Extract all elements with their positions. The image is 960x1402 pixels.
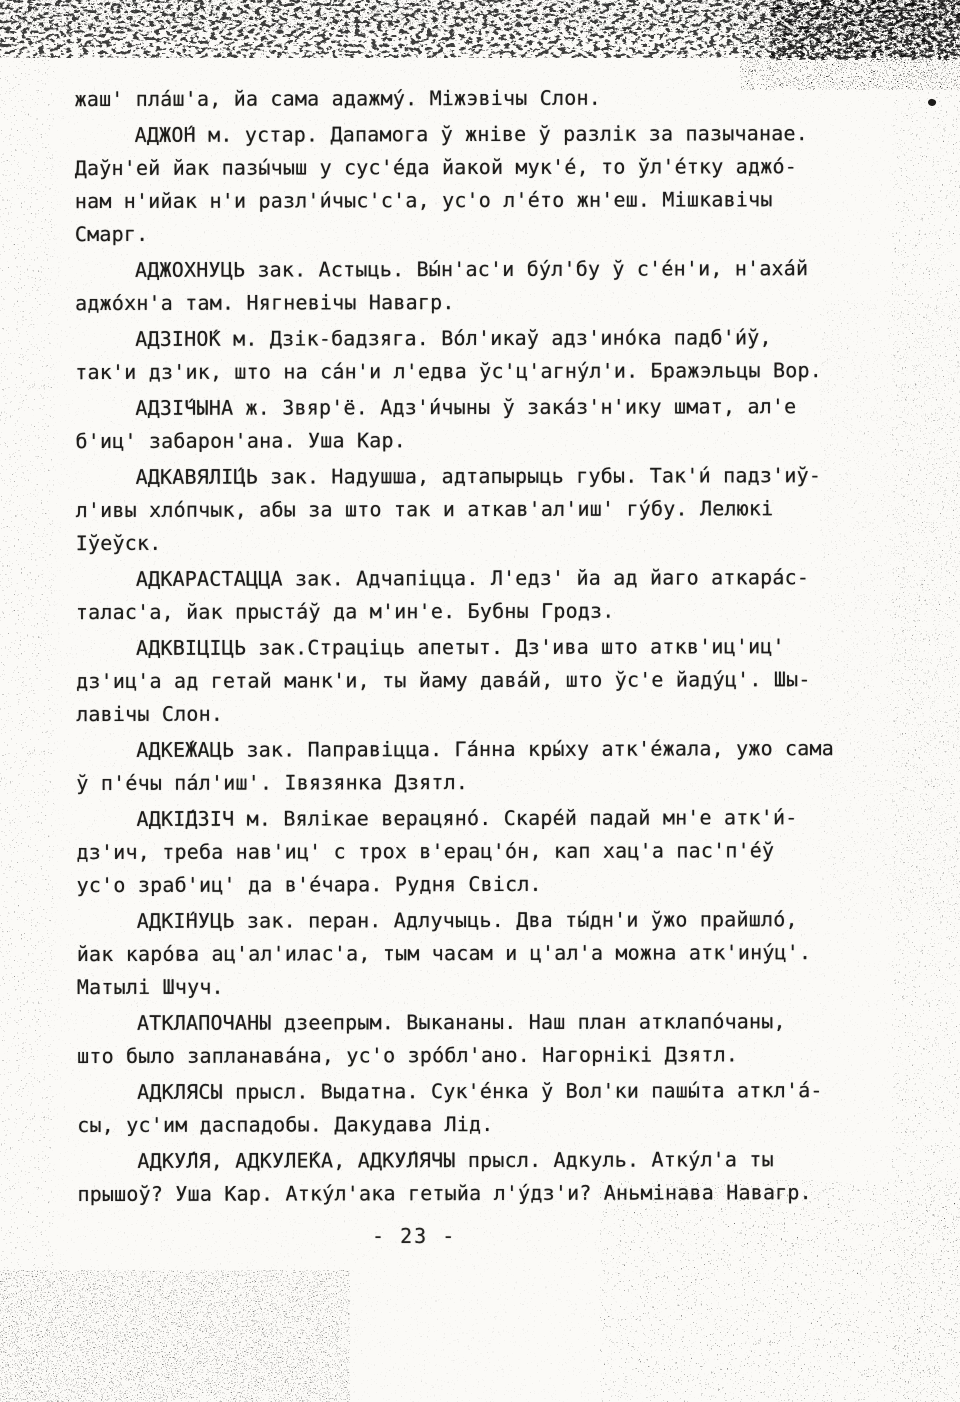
dictionary-entry-adzinok: АДЗІНО́К м. Дзік-бадзяга. Во́л'икаў адз'…	[75, 321, 887, 389]
page-number: - 23 -	[372, 1224, 456, 1248]
dictionary-entry-adkliasy: АДКЛЯСЫ прысл. Выдатна. Сук'е́нка ў Вол'…	[77, 1074, 889, 1142]
dictionary-entry-adzhokhnuts: АДЖОХНУЦЬ зак. Астыць. Вы́н'ас'и бу́л'бу…	[75, 252, 887, 320]
dictionary-entry-adkezhats: АДКЕ́ЖАЦЬ зак. Паправіцца. Га́нна кры́ху…	[76, 732, 888, 800]
dictionary-entry-adkinuts: АДКІ́НУЦЬ зак. перан. Адлучыць. Два ты́д…	[77, 903, 889, 1004]
dictionary-entry-adkavialits: АДКАВЯЛІ́ЦЬ зак. Надушша, адтапырыць губ…	[76, 459, 888, 560]
scanned-page: жаш' пла́ш'а, йа сама адажму́. Міжэвічы …	[0, 0, 960, 1402]
ink-blot	[927, 98, 937, 107]
dictionary-entry-atklapochany: АТКЛАПОЧАНЫ дзеепрым. Выкананы. Наш план…	[77, 1005, 889, 1073]
dictionary-entry-adkvitsits: АДКВІЦІЦЬ зак.Страціць апетыт. Дз'ива шт…	[76, 630, 888, 731]
dictionary-text-block: жаш' пла́ш'а, йа сама адажму́. Міжэвічы …	[75, 81, 890, 1214]
dictionary-entry-adkulia: АДКУ́ЛЯ, АДКУЛЕ́КА, АДКУ́ЛЯЧЫ прысл. Адк…	[77, 1143, 889, 1211]
dictionary-entry-adkarastatstsa: АДКАРАСТАЦЦА зак. Адчапіцца. Л'едз' йа а…	[76, 561, 888, 629]
dictionary-entry-adkidzich: АДКІ́ДЗІЧ м. Вялікае верацяно́. Скаре́й …	[76, 801, 888, 902]
dictionary-entry-adzhon: АДЖО́Н м. устар. Дапамога ў жніве ў разл…	[75, 117, 887, 251]
dictionary-entry-adzichyna: АДЗІ́ЧЫНА ж. Звяр'ё. Адз'и́чыны ў зака́з…	[75, 390, 887, 458]
entry-continuation-fragment: жаш' пла́ш'а, йа сама адажму́. Міжэвічы …	[75, 81, 887, 116]
